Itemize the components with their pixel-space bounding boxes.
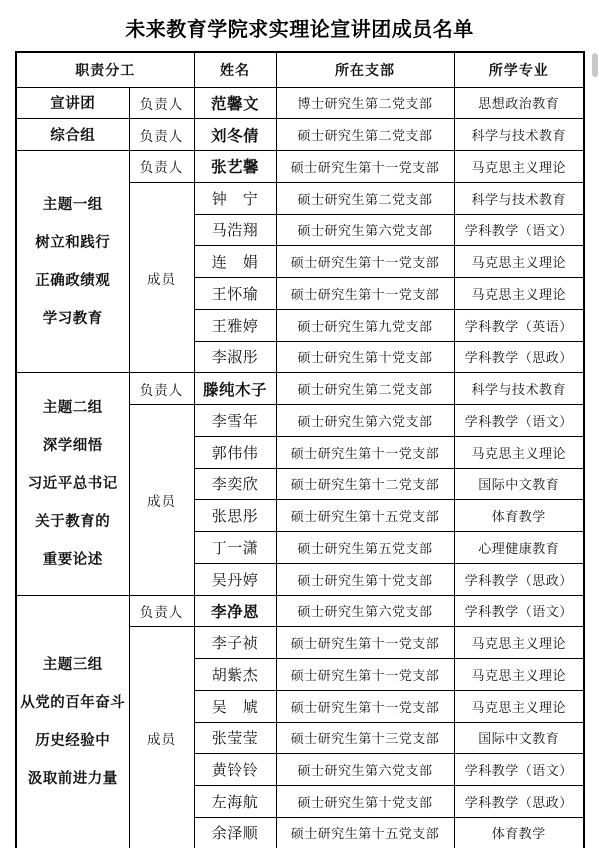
name-cell: 李淑彤: [194, 341, 276, 373]
major-cell: 马克思主义理论: [454, 151, 584, 183]
branch-cell: 硕士研究生第十三党支部: [276, 722, 454, 754]
major-cell: 马克思主义理论: [454, 659, 584, 691]
name-cell: 余泽顺: [194, 817, 276, 848]
group-label-line: 正确政绩观: [19, 262, 127, 300]
branch-cell: 硕士研究生第二党支部: [276, 119, 454, 151]
name-cell: 张思彤: [194, 500, 276, 532]
major-cell: 思想政治教育: [454, 87, 584, 119]
group-label-line: 主题二组: [19, 389, 127, 427]
group-label-line: 习近平总书记: [19, 465, 127, 503]
branch-cell: 硕士研究生第十二党支部: [276, 468, 454, 500]
name-cell: 李奕欣: [194, 468, 276, 500]
group-label-line: 关于教育的: [19, 503, 127, 541]
branch-cell: 硕士研究生第十一党支部: [276, 246, 454, 278]
role-cell-leader: 负责人: [129, 373, 194, 405]
branch-cell: 硕士研究生第九党支部: [276, 309, 454, 341]
members-table-body: 宣讲团负责人范馨文博士研究生第二党支部思想政治教育综合组负责人刘冬倩硕士研究生第…: [16, 87, 584, 848]
members-table: 职责分工 姓名 所在支部 所学专业 宣讲团负责人范馨文博士研究生第二党支部思想政…: [15, 51, 585, 848]
name-cell: 李子祯: [194, 627, 276, 659]
group-label-line: 主题一组: [19, 186, 127, 224]
group-label: 宣讲团: [16, 87, 129, 119]
branch-cell: 硕士研究生第六党支部: [276, 754, 454, 786]
group-label-line: 汲取前进力量: [19, 760, 127, 798]
group-label-line: 主题三组: [19, 646, 127, 684]
group-label-line: 深学细悟: [19, 427, 127, 465]
group-label-line: 重要论述: [19, 541, 127, 579]
major-cell: 马克思主义理论: [454, 278, 584, 310]
name-cell: 张莹莹: [194, 722, 276, 754]
group-label-line: 从党的百年奋斗: [19, 684, 127, 722]
major-cell: 马克思主义理论: [454, 246, 584, 278]
major-cell: 学科教学（思政）: [454, 563, 584, 595]
group-label: 主题三组从党的百年奋斗历史经验中汲取前进力量: [16, 595, 129, 848]
major-cell: 科学与技术教育: [454, 373, 584, 405]
name-cell: 李雪年: [194, 405, 276, 437]
branch-cell: 硕士研究生第十一党支部: [276, 659, 454, 691]
name-cell: 刘冬倩: [194, 119, 276, 151]
group-label: 主题一组树立和践行正确政绩观学习教育: [16, 151, 129, 373]
name-cell: 钟 宁: [194, 182, 276, 214]
name-cell: 左海航: [194, 786, 276, 818]
role-cell-member: 成员: [129, 182, 194, 373]
major-cell: 心理健康教育: [454, 532, 584, 564]
table-row: 宣讲团负责人范馨文博士研究生第二党支部思想政治教育: [16, 87, 584, 119]
name-cell: 王怀瑜: [194, 278, 276, 310]
table-row: 主题一组树立和践行正确政绩观学习教育负责人张艺馨硕士研究生第十一党支部马克思主义…: [16, 151, 584, 183]
major-cell: 国际中文教育: [454, 722, 584, 754]
major-cell: 马克思主义理论: [454, 627, 584, 659]
header-duty: 职责分工: [16, 52, 194, 87]
branch-cell: 硕士研究生第十五党支部: [276, 817, 454, 848]
branch-cell: 硕士研究生第十党支部: [276, 563, 454, 595]
major-cell: 马克思主义理论: [454, 690, 584, 722]
branch-cell: 硕士研究生第十党支部: [276, 341, 454, 373]
branch-cell: 硕士研究生第六党支部: [276, 405, 454, 437]
group-label-line: 树立和践行: [19, 224, 127, 262]
name-cell: 马浩翔: [194, 214, 276, 246]
table-row: 主题二组深学细悟习近平总书记关于教育的重要论述负责人滕纯木子硕士研究生第二党支部…: [16, 373, 584, 405]
major-cell: 学科教学（英语）: [454, 309, 584, 341]
group-label-line: 历史经验中: [19, 722, 127, 760]
branch-cell: 硕士研究生第十党支部: [276, 786, 454, 818]
role-cell-leader: 负责人: [129, 87, 194, 119]
major-cell: 学科教学（语文）: [454, 214, 584, 246]
name-cell: 滕纯木子: [194, 373, 276, 405]
branch-cell: 博士研究生第二党支部: [276, 87, 454, 119]
header-name: 姓名: [194, 52, 276, 87]
branch-cell: 硕士研究生第二党支部: [276, 182, 454, 214]
branch-cell: 硕士研究生第十一党支部: [276, 690, 454, 722]
branch-cell: 硕士研究生第六党支部: [276, 595, 454, 627]
role-cell-member: 成员: [129, 627, 194, 848]
name-cell: 胡紫杰: [194, 659, 276, 691]
branch-cell: 硕士研究生第十一党支部: [276, 278, 454, 310]
major-cell: 马克思主义理论: [454, 436, 584, 468]
group-label: 综合组: [16, 119, 129, 151]
major-cell: 学科教学（思政）: [454, 786, 584, 818]
name-cell: 范馨文: [194, 87, 276, 119]
name-cell: 吴丹婷: [194, 563, 276, 595]
major-cell: 国际中文教育: [454, 468, 584, 500]
role-cell-leader: 负责人: [129, 595, 194, 627]
scrollbar-thumb[interactable]: [592, 53, 598, 77]
table-header: 职责分工 姓名 所在支部 所学专业: [16, 52, 584, 87]
name-cell: 黄铃铃: [194, 754, 276, 786]
header-major: 所学专业: [454, 52, 584, 87]
header-branch: 所在支部: [276, 52, 454, 87]
branch-cell: 硕士研究生第十一党支部: [276, 151, 454, 183]
major-cell: 学科教学（语文）: [454, 595, 584, 627]
role-cell-member: 成员: [129, 405, 194, 596]
name-cell: 张艺馨: [194, 151, 276, 183]
page-title: 未来教育学院求实理论宣讲团成员名单: [0, 0, 599, 42]
major-cell: 科学与技术教育: [454, 119, 584, 151]
table-row: 主题三组从党的百年奋斗历史经验中汲取前进力量负责人李净恩硕士研究生第六党支部学科…: [16, 595, 584, 627]
name-cell: 王雅婷: [194, 309, 276, 341]
major-cell: 学科教学（语文）: [454, 754, 584, 786]
name-cell: 李净恩: [194, 595, 276, 627]
major-cell: 体育教学: [454, 817, 584, 848]
name-cell: 丁一潇: [194, 532, 276, 564]
major-cell: 学科教学（语文）: [454, 405, 584, 437]
role-cell-leader: 负责人: [129, 119, 194, 151]
group-label-line: 综合组: [19, 124, 127, 145]
major-cell: 科学与技术教育: [454, 182, 584, 214]
branch-cell: 硕士研究生第五党支部: [276, 532, 454, 564]
role-cell-leader: 负责人: [129, 151, 194, 183]
name-cell: 吴 虓: [194, 690, 276, 722]
major-cell: 体育教学: [454, 500, 584, 532]
group-label: 主题二组深学细悟习近平总书记关于教育的重要论述: [16, 373, 129, 595]
branch-cell: 硕士研究生第六党支部: [276, 214, 454, 246]
header-row: 职责分工 姓名 所在支部 所学专业: [16, 52, 584, 87]
table-row: 综合组负责人刘冬倩硕士研究生第二党支部科学与技术教育: [16, 119, 584, 151]
branch-cell: 硕士研究生第十五党支部: [276, 500, 454, 532]
major-cell: 学科教学（思政）: [454, 341, 584, 373]
branch-cell: 硕士研究生第十一党支部: [276, 627, 454, 659]
name-cell: 郭伟伟: [194, 436, 276, 468]
group-label-line: 学习教育: [19, 300, 127, 338]
branch-cell: 硕士研究生第二党支部: [276, 373, 454, 405]
group-label-line: 宣讲团: [19, 92, 127, 113]
name-cell: 连 娟: [194, 246, 276, 278]
branch-cell: 硕士研究生第十一党支部: [276, 436, 454, 468]
